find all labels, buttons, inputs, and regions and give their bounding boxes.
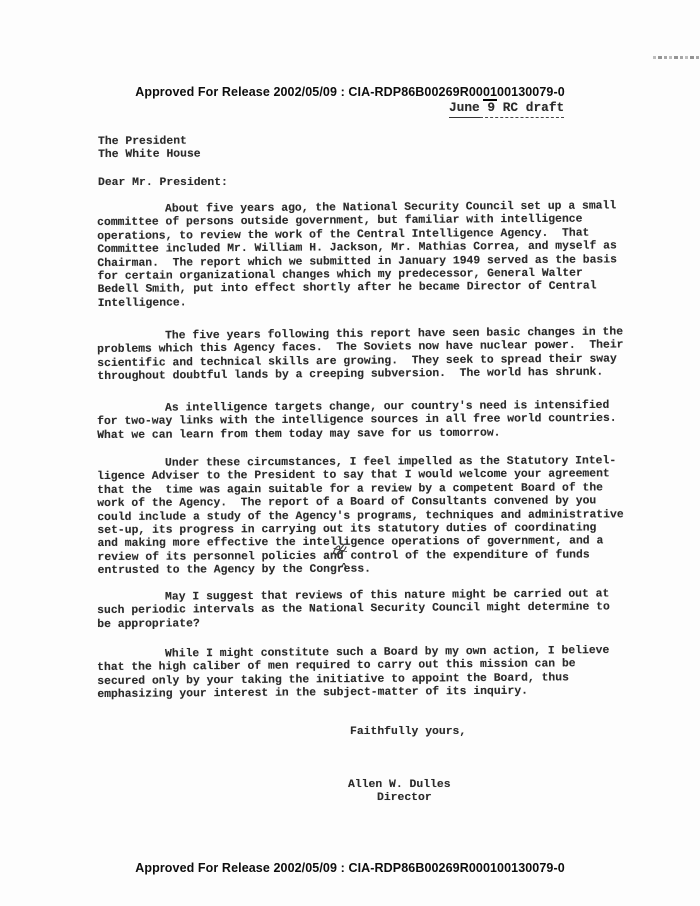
recipient-line: The White House xyxy=(98,149,201,163)
stamp-underlined-digits: 01 xyxy=(483,85,497,101)
letter-line: entrusted to the Agency by the Congress. xyxy=(98,562,624,578)
letter-paragraph: While I might constitute such a Board by… xyxy=(97,645,610,703)
signature-title: Director xyxy=(377,792,432,805)
insertion-caret-mark: ^ xyxy=(341,563,347,574)
letter-paragraph: As intelligence targets change, our coun… xyxy=(97,400,617,443)
letter-paragraph: Under these circumstances, I feel impell… xyxy=(97,455,624,578)
date-annotation: June 9 RC draft xyxy=(449,101,564,115)
letter-line: emphasizing your interest in the subject… xyxy=(97,685,609,702)
letter-paragraph: About five years ago, the National Secur… xyxy=(97,200,617,311)
salutation: Dear Mr. President: xyxy=(98,177,228,190)
letter-line: Intelligence. xyxy=(98,294,618,311)
scan-artifact-mark xyxy=(653,56,699,59)
stamp-text: Approved For Release 2002/05/09 : CIA-RD… xyxy=(135,85,483,99)
recipient-line: The President xyxy=(98,136,201,150)
signature-name: Allen W. Dulles xyxy=(348,779,451,792)
date-rest: 9 RC draft xyxy=(480,100,564,118)
letter-paragraph: The five years following this report hav… xyxy=(97,326,624,384)
approved-release-stamp-top: Approved For Release 2002/05/09 : CIA-RD… xyxy=(0,85,700,99)
letter-line: throughout doubtful lands by a creeping … xyxy=(97,367,623,385)
handwritten-scribble-icon xyxy=(331,543,350,563)
approved-release-stamp-bottom: Approved For Release 2002/05/09 : CIA-RD… xyxy=(0,861,700,875)
letter-line: be appropriate? xyxy=(97,615,610,632)
letter-line: What we can learn from them today may sa… xyxy=(97,427,617,444)
document-page: Approved For Release 2002/05/09 : CIA-RD… xyxy=(0,0,700,906)
stamp-text: 00130079-0 xyxy=(497,85,565,99)
date-word: June xyxy=(449,100,480,118)
closing: Faithfully yours, xyxy=(350,726,466,739)
recipient-address: The President The White House xyxy=(98,136,201,163)
letter-paragraph: May I suggest that reviews of this natur… xyxy=(97,588,610,632)
